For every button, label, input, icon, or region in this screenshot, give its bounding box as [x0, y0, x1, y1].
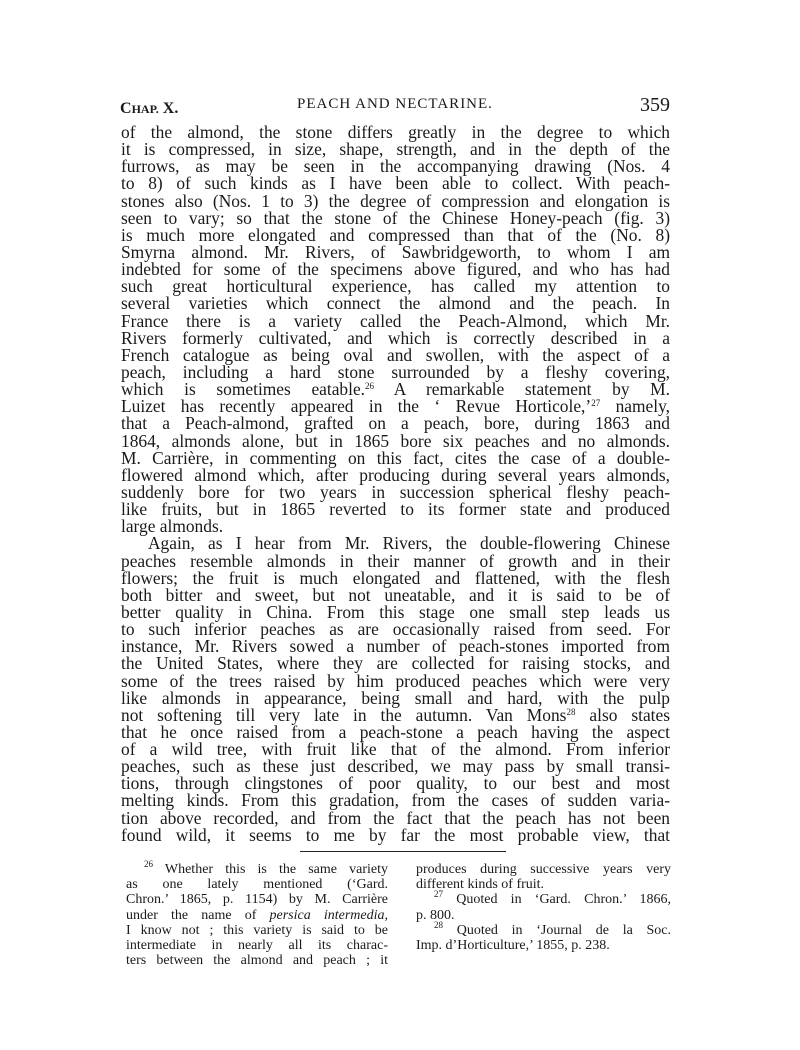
text-line: Again, as I hear from Mr. Rivers, the do… — [121, 535, 670, 552]
text-line: the United States, where they are collec… — [121, 655, 670, 672]
footnote-divider — [300, 851, 506, 852]
footnote-line: p. 800. — [416, 908, 671, 923]
text-line: found wild, it seems to me by far the mo… — [121, 827, 670, 844]
page-number: 359 — [640, 94, 670, 117]
text-line: that a Peach-almond, grafted on a peach,… — [121, 415, 670, 432]
footnote-line: different kinds of fruit. — [416, 877, 671, 892]
book-page: CHAP. X. PEACH AND NECTARINE. 359 of the… — [0, 0, 800, 1050]
footnote-line: under the name of persica intermedia, — [126, 908, 388, 923]
text-line: several varieties which connect the almo… — [121, 295, 670, 312]
footnote-ref-26[interactable]: 26 — [365, 381, 374, 391]
footnote-27: 27 Quoted in ‘Gard. Chron.’ 1866, — [416, 892, 671, 907]
footnote-line: Chron.’ 1865, p. 1154) by M. Carrière — [126, 892, 388, 907]
footnote-line: produces during successive years very — [416, 862, 671, 877]
footnote-line: as one lately mentioned (‘Gard. — [126, 877, 388, 892]
footnote-line: I know not ; this variety is said to be — [126, 923, 388, 938]
footnote-28: 28 Quoted in ‘Journal de la Soc. — [416, 923, 671, 938]
footnote-column-right: produces during successive years very di… — [416, 862, 671, 953]
footnote-line: Imp. d’Horticulture,’ 1855, p. 238. — [416, 938, 671, 953]
footnote-26: 26 Whether this is the same variety — [126, 862, 388, 877]
footnote-ref-28[interactable]: 28 — [566, 707, 575, 717]
footnote-column-left: 26 Whether this is the same variety as o… — [126, 862, 388, 968]
running-title: PEACH AND NECTARINE. — [120, 96, 670, 113]
text-line: to 8) of such kinds as I have been able … — [121, 175, 670, 192]
running-head: CHAP. X. PEACH AND NECTARINE. 359 — [120, 96, 670, 120]
body-text: of the almond, the stone differs greatly… — [121, 124, 670, 844]
footnote-line: intermediate in nearly all its charac- — [126, 938, 388, 953]
footnote-line: ters between the almond and peach ; it — [126, 953, 388, 968]
footnote-ref-27[interactable]: 27 — [591, 398, 600, 408]
